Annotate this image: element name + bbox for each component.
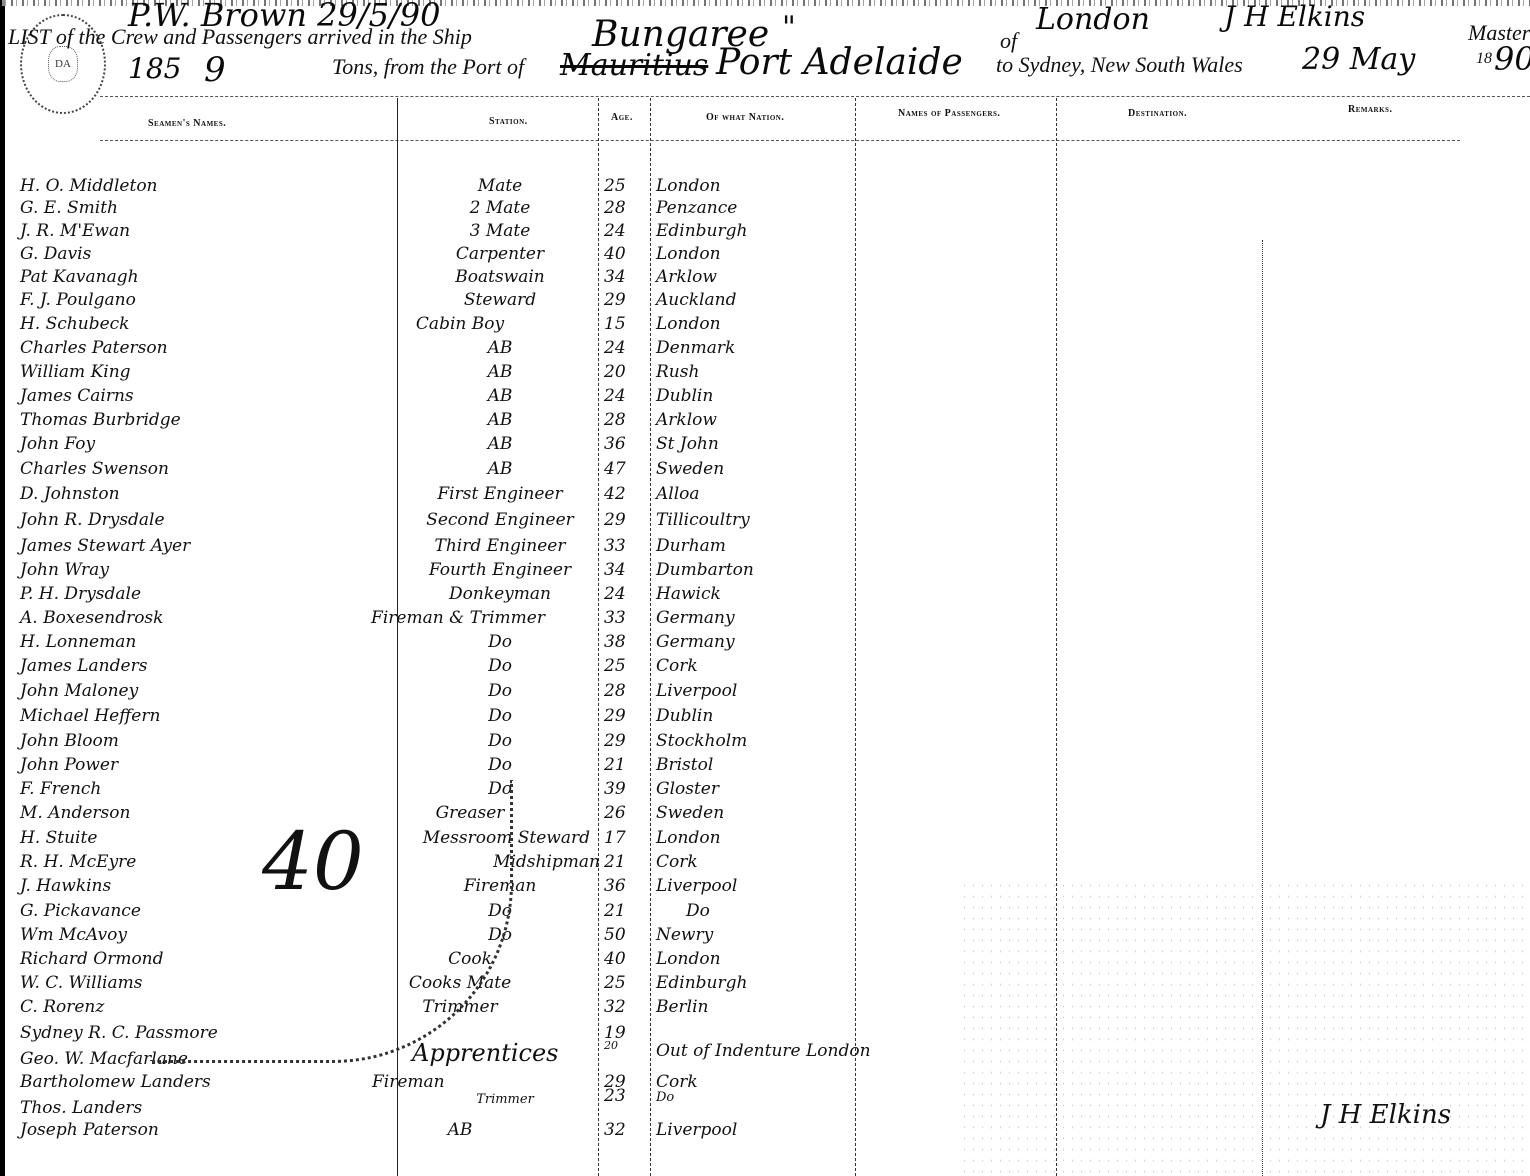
crew-age: 17 xyxy=(604,828,648,848)
crew-row: H. LonnemanDo38Germany xyxy=(0,632,1530,655)
crew-name: H. Stuite xyxy=(20,828,97,848)
column-header-remarks: Remarks. xyxy=(1348,104,1392,115)
crew-station: AB xyxy=(420,1120,500,1140)
crew-age: 32 xyxy=(604,997,648,1017)
crew-name: W. C. Williams xyxy=(20,973,142,993)
crew-nation: London xyxy=(656,244,721,264)
home-port: London xyxy=(1036,2,1150,37)
crew-name: James Stewart Ayer xyxy=(20,536,190,556)
crew-nation: Liverpool xyxy=(656,681,737,701)
crew-age: 15 xyxy=(604,314,648,334)
printed-intro: LIST of the Crew and Passengers arrived … xyxy=(8,24,472,50)
crew-name: Michael Heffern xyxy=(20,706,160,726)
crew-age: 29 xyxy=(604,510,648,530)
crew-row: John WrayFourth Engineer34Dumbarton xyxy=(0,560,1530,583)
crew-nation: Denmark xyxy=(656,338,735,358)
crew-row: Thos. LandersTrimmer23Do xyxy=(0,1098,1530,1121)
crew-nation: Sweden xyxy=(656,803,724,823)
crew-age: 39 xyxy=(604,779,648,799)
crew-row: Thomas BurbridgeAB28Arklow xyxy=(0,410,1530,433)
crew-row: G. E. Smith2 Mate28Penzance xyxy=(0,198,1530,221)
crew-age: 21 xyxy=(604,755,648,775)
crew-row: William KingAB20Rush xyxy=(0,362,1530,385)
crew-name: G. E. Smith xyxy=(20,198,118,218)
crew-row: John BloomDo29Stockholm xyxy=(0,731,1530,754)
crew-name: H. Lonneman xyxy=(20,632,136,652)
crew-nation: Tillicoultry xyxy=(656,510,750,530)
crew-row: James CairnsAB24Dublin xyxy=(0,386,1530,409)
master-name: J H Elkins xyxy=(1224,0,1365,33)
crew-age: 25 xyxy=(604,656,648,676)
crew-age: 24 xyxy=(604,386,648,406)
port-struck: Mauritius xyxy=(560,48,708,83)
crew-station: Trimmer xyxy=(420,1092,590,1107)
crew-station: Do xyxy=(400,731,600,751)
crew-row: Charles PatersonAB24Denmark xyxy=(0,338,1530,361)
crew-nation: Dublin xyxy=(656,386,713,406)
crew-age: 32 xyxy=(604,1120,648,1140)
crew-nation: Gloster xyxy=(656,779,719,799)
crew-name: Thomas Burbridge xyxy=(20,410,181,430)
crew-station: 2 Mate xyxy=(400,198,600,218)
crew-age: 29 xyxy=(604,731,648,751)
crew-name: John Wray xyxy=(20,560,109,580)
crew-age: 29 xyxy=(604,706,648,726)
port-from: Port Adelaide xyxy=(716,42,963,83)
crew-age: 42 xyxy=(604,484,648,504)
header-top-rule xyxy=(100,96,1530,97)
year-printed: 18 xyxy=(1476,50,1492,68)
crew-station: Fireman xyxy=(372,1072,492,1092)
column-header-names: Seamen's Names. xyxy=(148,118,226,129)
crew-name: Joseph Paterson xyxy=(20,1120,159,1140)
crew-nation: Germany xyxy=(656,608,735,628)
crew-row: G. DavisCarpenter40London xyxy=(0,244,1530,267)
crew-row: Bartholomew LandersFireman29Cork xyxy=(0,1072,1530,1095)
crew-age: 40 xyxy=(604,244,648,264)
crew-nation: Penzance xyxy=(656,198,737,218)
crew-name: John Maloney xyxy=(20,681,138,701)
crew-station: AB xyxy=(400,459,600,479)
column-header-age: Age. xyxy=(611,112,633,123)
crew-nation: Cork xyxy=(656,656,698,676)
crew-age: 26 xyxy=(604,803,648,823)
tons-label: Tons, from the Port of xyxy=(332,54,524,80)
crew-name: H. O. Middleton xyxy=(20,176,158,196)
crew-age: 23 xyxy=(604,1086,648,1106)
crew-name: James Landers xyxy=(20,656,147,676)
crew-age: 33 xyxy=(604,536,648,556)
crew-name: William King xyxy=(20,362,131,382)
arrival-date: 29 May xyxy=(1302,42,1415,77)
crew-row: Joseph PatersonAB32Liverpool xyxy=(0,1120,1530,1143)
crew-age: 25 xyxy=(604,973,648,993)
crew-name: J. Hawkins xyxy=(20,876,111,896)
crew-nation: Newry xyxy=(656,925,713,945)
crew-station: 3 Mate xyxy=(400,221,600,241)
crew-name: John R. Drysdale xyxy=(20,510,165,530)
crew-row: James LandersDo25Cork xyxy=(0,656,1530,679)
crew-row: D. JohnstonFirst Engineer42Alloa xyxy=(0,484,1530,507)
crew-nation: Arklow xyxy=(656,410,717,430)
crew-nation: Hawick xyxy=(656,584,721,604)
crew-row: Michael HeffernDo29Dublin xyxy=(0,706,1530,729)
crew-nation: Durham xyxy=(656,536,726,556)
crew-station: Mate xyxy=(400,176,600,196)
crew-nation: Edinburgh xyxy=(656,221,747,241)
crew-name: F. French xyxy=(20,779,101,799)
crew-row: Charles SwensonAB47Sweden xyxy=(0,459,1530,482)
crew-station: Boatswain xyxy=(400,267,600,287)
crew-name: G. Davis xyxy=(20,244,91,264)
crew-name: R. H. McEyre xyxy=(20,852,136,872)
crew-row: John R. DrysdaleSecond Engineer29Tillico… xyxy=(0,510,1530,533)
crew-name: Wm McAvoy xyxy=(20,925,127,945)
crew-nation: Dumbarton xyxy=(656,560,754,580)
column-header-passengers: Names of Passengers. xyxy=(898,108,1000,119)
crew-nation: Liverpool xyxy=(656,876,737,896)
crew-row: P. H. DrysdaleDonkeyman24Hawick xyxy=(0,584,1530,607)
crew-name: D. Johnston xyxy=(20,484,120,504)
crew-station: Do xyxy=(400,706,600,726)
crew-nation: Sweden xyxy=(656,459,724,479)
crew-age: 34 xyxy=(604,560,648,580)
crew-station: AB xyxy=(400,362,600,382)
crew-nation: Alloa xyxy=(656,484,700,504)
crew-age: 24 xyxy=(604,584,648,604)
crew-age: 36 xyxy=(604,876,648,896)
crew-age: 47 xyxy=(604,459,648,479)
crew-station: Cabin Boy xyxy=(360,314,560,334)
crew-station: Do xyxy=(400,681,600,701)
crew-name: John Bloom xyxy=(20,731,119,751)
crew-nation: London xyxy=(656,828,721,848)
crew-station: First Engineer xyxy=(400,484,600,504)
crew-nation: Dublin xyxy=(656,706,713,726)
crew-name: C. Rorenz xyxy=(20,997,104,1017)
crew-age: 50 xyxy=(604,925,648,945)
crew-row: John FoyAB36St John xyxy=(0,434,1530,457)
crew-name: John Foy xyxy=(20,434,95,454)
crew-station: AB xyxy=(400,434,600,454)
crew-name: G. Pickavance xyxy=(20,901,141,921)
crew-row: H. O. MiddletonMate25London xyxy=(0,176,1530,199)
crew-station: Fireman & Trimmer xyxy=(318,608,598,628)
crew-nation: London xyxy=(656,176,721,196)
crew-nation: Edinburgh xyxy=(656,973,747,993)
crew-age: 33 xyxy=(604,608,648,628)
crew-row: John MaloneyDo28Liverpool xyxy=(0,681,1530,704)
crew-station: Do xyxy=(400,755,600,775)
crew-name: A. Boxesendrosk xyxy=(20,608,163,628)
crew-station: AB xyxy=(400,410,600,430)
crew-name: Thos. Landers xyxy=(20,1098,142,1118)
crew-row: J. R. M'Ewan3 Mate24Edinburgh xyxy=(0,221,1530,244)
to-label: to Sydney, New South Wales xyxy=(996,52,1243,78)
crew-nation: London xyxy=(656,314,721,334)
crew-row: H. SchubeckCabin Boy15London xyxy=(0,314,1530,337)
crew-nation: Auckland xyxy=(656,290,736,310)
margin-mark: 40 xyxy=(262,822,364,902)
crew-age: 28 xyxy=(604,681,648,701)
crew-nation: Rush xyxy=(656,362,699,382)
crew-station: Fourth Engineer xyxy=(400,560,600,580)
crew-nation: Berlin xyxy=(656,997,709,1017)
crew-nation: Stockholm xyxy=(656,731,747,751)
crew-age: 40 xyxy=(604,949,648,969)
crew-row: John PowerDo21Bristol xyxy=(0,755,1530,778)
crew-station: AB xyxy=(400,338,600,358)
ship-quote: " xyxy=(782,10,796,45)
crew-row: Pat KavanaghBoatswain34Arklow xyxy=(0,267,1530,290)
crew-age: 21 xyxy=(604,901,648,921)
crew-name: J. R. M'Ewan xyxy=(20,221,130,241)
column-header-station: Station. xyxy=(489,116,528,127)
crew-age: 25 xyxy=(604,176,648,196)
crew-nation: London xyxy=(656,949,721,969)
crew-name: F. J. Poulgano xyxy=(20,290,136,310)
crew-name: James Cairns xyxy=(20,386,134,406)
crew-name: Bartholomew Landers xyxy=(20,1072,211,1092)
year-hand: 90 xyxy=(1494,40,1530,78)
crew-station: Steward xyxy=(400,290,600,310)
crew-row: James Stewart AyerThird Engineer33Durham xyxy=(0,536,1530,559)
of-label: of xyxy=(1000,28,1017,54)
crew-age: 20 xyxy=(604,1039,648,1052)
crew-nation: Bristol xyxy=(656,755,713,775)
crew-name: P. H. Drysdale xyxy=(20,584,141,604)
crew-station: Second Engineer xyxy=(400,510,600,530)
crew-age: 34 xyxy=(604,267,648,287)
crew-age: 24 xyxy=(604,338,648,358)
crew-age: 24 xyxy=(604,221,648,241)
crew-station: Carpenter xyxy=(400,244,600,264)
crew-nation: Arklow xyxy=(656,267,717,287)
crew-station: Donkeyman xyxy=(400,584,600,604)
column-header-nation: Of what Nation. xyxy=(706,112,784,123)
crew-name: H. Schubeck xyxy=(20,314,129,334)
crew-name: Richard Ormond xyxy=(20,949,164,969)
crew-age: 28 xyxy=(604,410,648,430)
crew-row: A. BoxesendroskFireman & Trimmer33German… xyxy=(0,608,1530,631)
crew-list-document: DA P.W. Brown 29/5/90 LIST of the Crew a… xyxy=(0,0,1530,1176)
crew-age: 29 xyxy=(604,290,648,310)
crew-nation: Cork xyxy=(656,1072,698,1092)
crew-station: Third Engineer xyxy=(400,536,600,556)
crew-name: John Power xyxy=(20,755,118,775)
master-signature: J H Elkins xyxy=(1320,1100,1451,1130)
crew-age: 38 xyxy=(604,632,648,652)
stamp-center: DA xyxy=(48,46,78,82)
crew-nation: Do xyxy=(686,901,710,921)
crew-nation: Do xyxy=(656,1090,674,1105)
crew-name: Charles Paterson xyxy=(20,338,168,358)
crew-age: 36 xyxy=(604,434,648,454)
crew-name: M. Anderson xyxy=(20,803,130,823)
crew-nation: St John xyxy=(656,434,719,454)
crew-name: Pat Kavanagh xyxy=(20,267,139,287)
tons-prefix: 185 xyxy=(128,52,181,85)
column-header-destination: Destination. xyxy=(1128,108,1187,119)
crew-nation: Germany xyxy=(656,632,735,652)
crew-row: F. J. PoulganoSteward29Auckland xyxy=(0,290,1530,313)
crew-age: 28 xyxy=(604,198,648,218)
header-bottom-rule xyxy=(100,140,1460,141)
crew-name: Charles Swenson xyxy=(20,459,169,479)
crew-age: 20 xyxy=(604,362,648,382)
crew-station: AB xyxy=(400,386,600,406)
crew-station: Do xyxy=(400,656,600,676)
crew-station: Do xyxy=(400,632,600,652)
crew-age: 21 xyxy=(604,852,648,872)
crew-nation: Cork xyxy=(656,852,698,872)
crew-nation: Liverpool xyxy=(656,1120,737,1140)
tons-suffix: 9 xyxy=(204,50,226,90)
